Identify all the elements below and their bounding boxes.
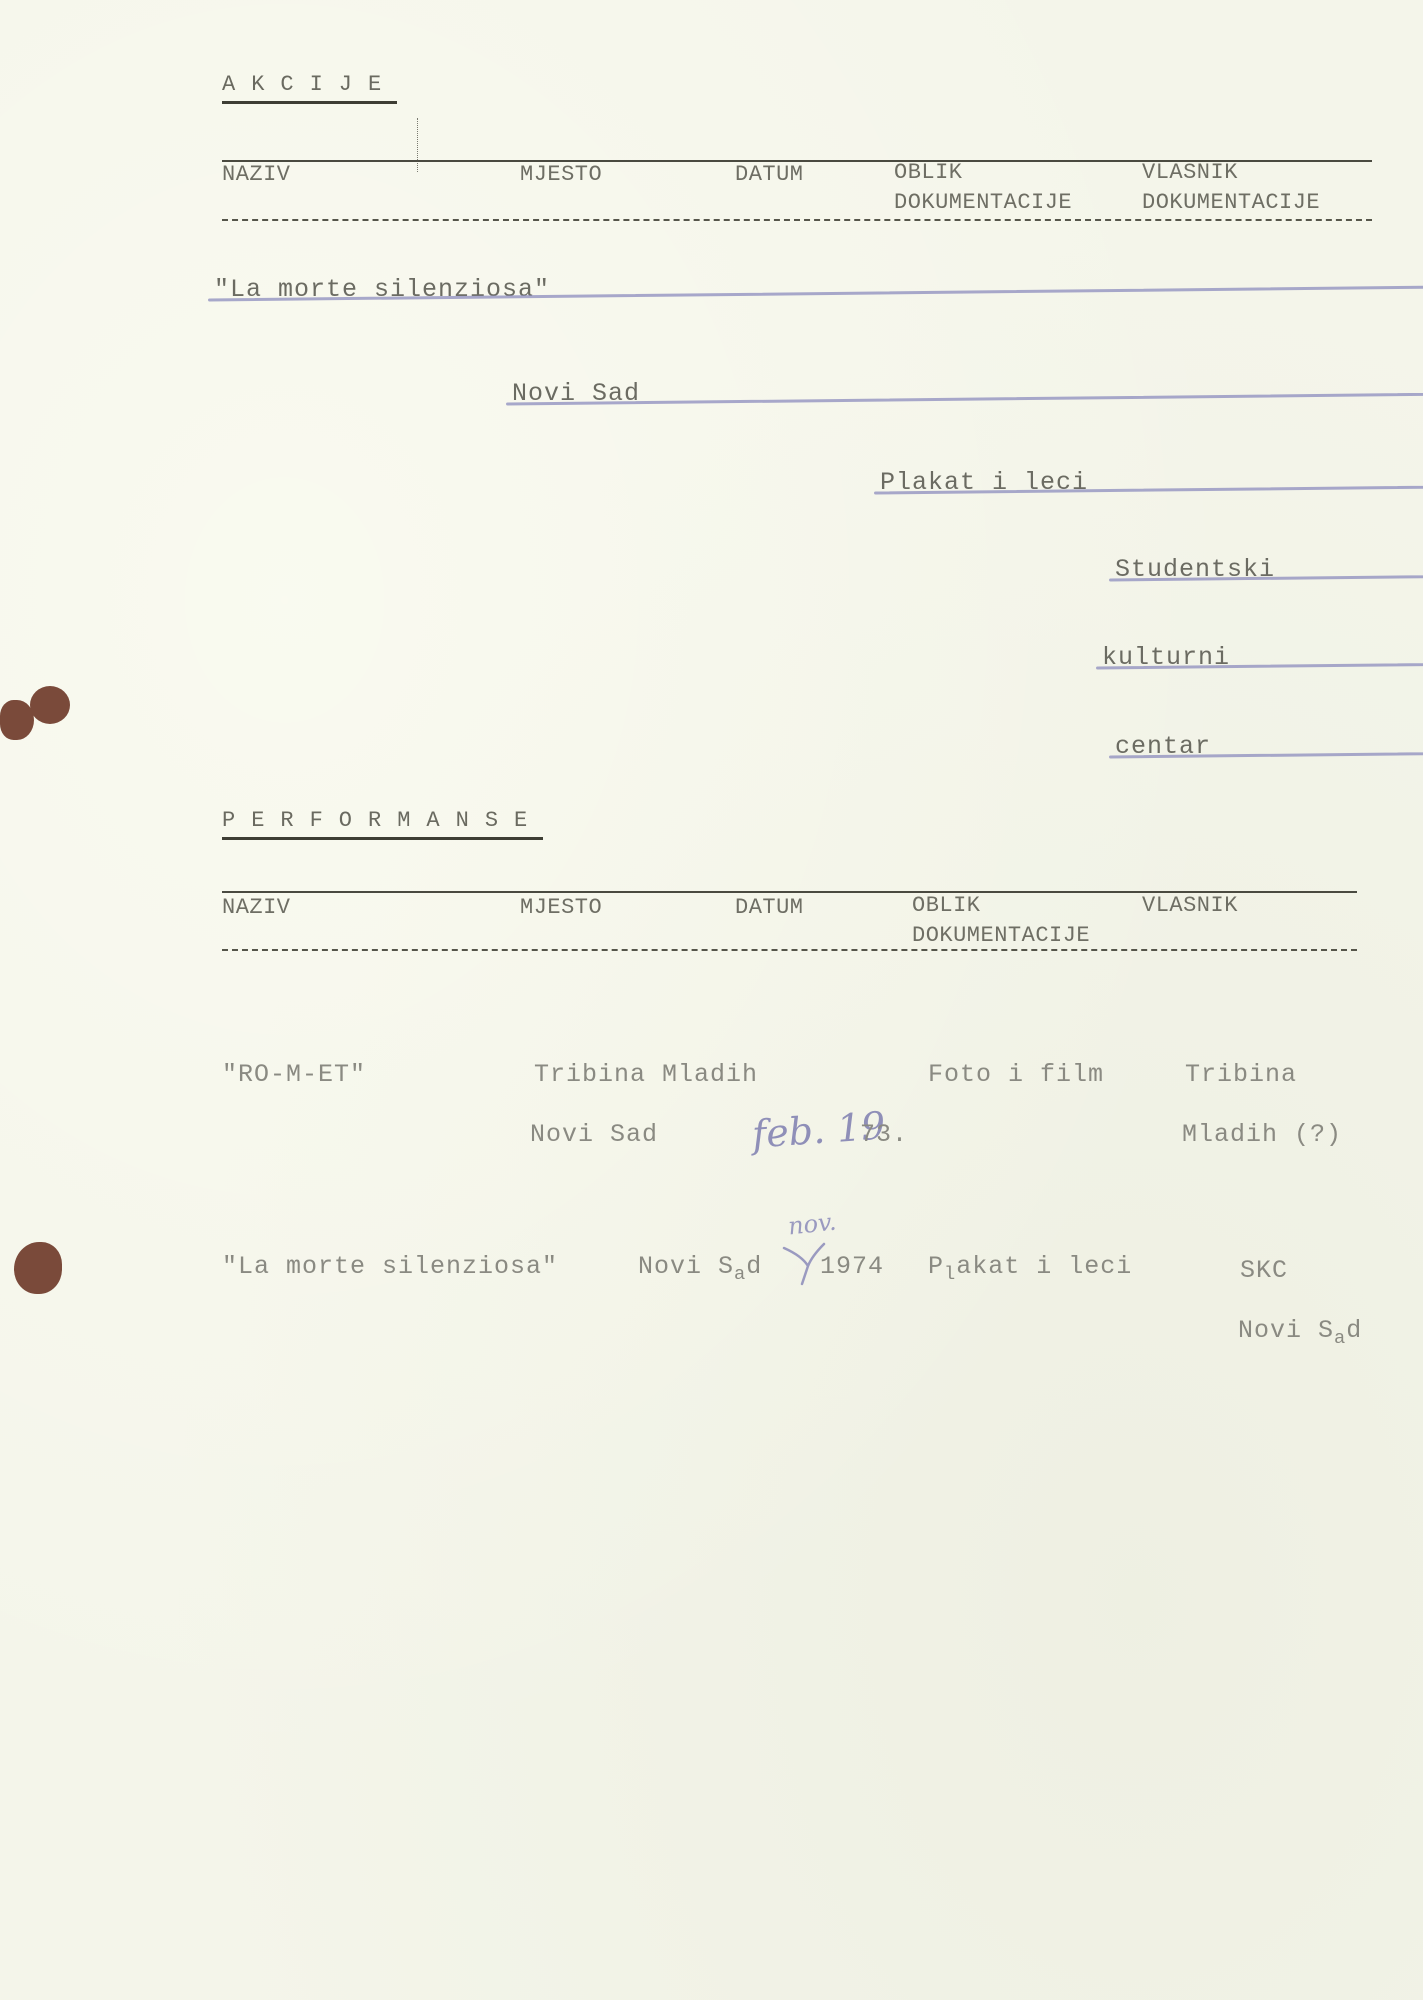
row-naziv: "La morte silenziosa": [214, 275, 1423, 304]
mjesto-end: d: [746, 1252, 762, 1281]
row-naziv: "RO-M-ET": [222, 1060, 366, 1089]
row-mjesto: Novi Sad: [638, 1252, 762, 1281]
header-vlasnik-line1: VLASNIK: [1142, 158, 1238, 188]
oblik-sub: l: [944, 1263, 956, 1285]
table-header-bottom-rule: [222, 219, 1372, 221]
column-tick: [417, 118, 418, 172]
row-vlasnik-line2: Mladih (?): [1182, 1120, 1342, 1149]
vlasnik-end: d: [1346, 1316, 1362, 1345]
header-naziv: NAZIV: [222, 893, 291, 923]
row-mjesto: Novi Sad: [512, 379, 1423, 408]
row-vlasnik-line3: centar: [1115, 732, 1423, 761]
header-oblik-line2: DOKUMENTACIJE: [894, 188, 1072, 218]
header-vlasnik-line2: DOKUMENTACIJE: [1142, 188, 1320, 218]
row-vlasnik-line1: Tribina: [1185, 1060, 1297, 1089]
header-datum: DATUM: [735, 160, 804, 190]
row-oblik: Plakat i leci: [880, 468, 1423, 497]
header-datum: DATUM: [735, 893, 804, 923]
row-oblik: Plakat i leci: [928, 1252, 1132, 1281]
row-naziv: "La morte silenziosa": [222, 1252, 558, 1281]
header-oblik-line2: DOKUMENTACIJE: [912, 921, 1090, 951]
header-naziv: NAZIV: [222, 160, 291, 190]
header-oblik-line1: OBLIK: [894, 158, 963, 188]
stain-mark-lower: [14, 1242, 62, 1294]
mjesto-sub: a: [734, 1263, 746, 1285]
stain-mark-upper: [30, 686, 70, 724]
row-vlasnik-line2: Novi Sad: [1238, 1316, 1362, 1345]
header-vlasnik-line1: VLASNIK: [1142, 891, 1238, 921]
header-oblik-line1: OBLIK: [912, 891, 981, 921]
row-datum: 1974: [820, 1252, 884, 1281]
oblik-text: P: [928, 1252, 944, 1281]
vlasnik-sub: a: [1334, 1327, 1346, 1349]
vlasnik-text: Novi S: [1238, 1316, 1334, 1345]
section-title-performanse: PERFORMANSE: [222, 808, 543, 840]
row-datum-annotation: nov.: [787, 1208, 838, 1241]
oblik-end: akat i leci: [956, 1252, 1132, 1281]
row-mjesto-line1: Tribina Mladih: [534, 1060, 758, 1089]
row-vlasnik-line2: kulturni: [1102, 643, 1423, 672]
row-vlasnik-line1: SKC: [1240, 1256, 1288, 1285]
row-vlasnik-line1: Studentski: [1115, 555, 1423, 584]
mjesto-text: Novi S: [638, 1252, 734, 1281]
header-mjesto: MJESTO: [520, 160, 602, 190]
row-datum-typed: 73.: [860, 1120, 908, 1149]
header-mjesto: MJESTO: [520, 893, 602, 923]
stain-mark-upper-tail: [0, 700, 34, 740]
section-title-akcije: AKCIJE: [222, 72, 397, 104]
row-oblik: Foto i film: [928, 1060, 1104, 1089]
row-mjesto-line2: Novi Sad: [530, 1120, 658, 1149]
table-header-bottom-rule: [222, 949, 1357, 951]
